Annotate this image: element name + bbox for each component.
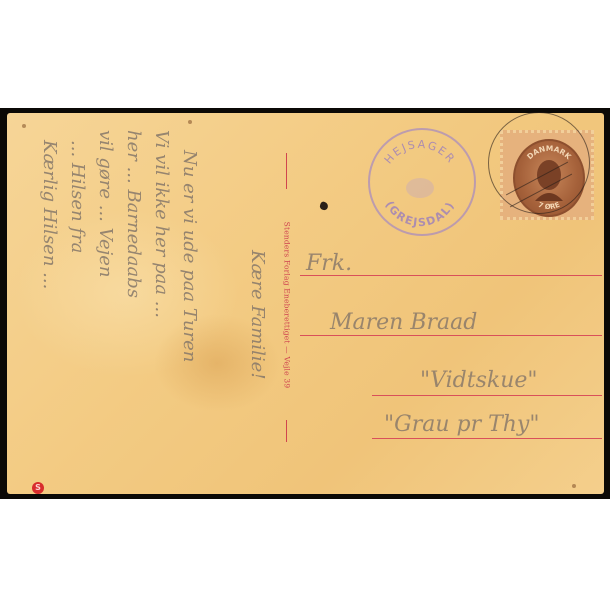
seller-logo-mark: S bbox=[32, 482, 44, 494]
address-line-3: "Vidtskue" bbox=[420, 368, 538, 393]
center-divider-bottom bbox=[286, 420, 287, 442]
message-line: Kærlig Hilsen ... bbox=[39, 140, 60, 289]
address-line-4: "Grau pr Thy" bbox=[384, 412, 539, 437]
receiving-postmark: HEJSAGER (GREJSDAL) bbox=[368, 128, 476, 236]
stamp-cancellation bbox=[488, 112, 590, 214]
message-line: her ... Barnedaabs bbox=[123, 130, 144, 298]
address-ruling bbox=[300, 335, 602, 336]
address-ruling bbox=[300, 275, 602, 276]
message-line: Nu er vi ude paa Turen bbox=[179, 150, 200, 362]
address-ruling bbox=[372, 395, 602, 396]
foxing-spot bbox=[572, 484, 576, 488]
center-divider-top bbox=[286, 153, 287, 189]
foxing-spot bbox=[22, 124, 26, 128]
postmark-bottom-text: (GREJSDAL) bbox=[383, 199, 458, 229]
foxing-spot bbox=[188, 120, 192, 124]
message-line: Vi vil ikke her paa ... bbox=[151, 130, 172, 318]
address-line-2: Maren Braad bbox=[330, 310, 477, 335]
postmark-top-text: HEJSAGER bbox=[382, 138, 459, 167]
postmark-ring-text: HEJSAGER (GREJSDAL) bbox=[368, 128, 472, 232]
message-line: ... Hilsen fra bbox=[67, 140, 88, 253]
message-line: vil gøre ... Vejen bbox=[95, 130, 116, 277]
address-line-1: Frk. bbox=[306, 251, 352, 276]
address-ruling bbox=[372, 438, 602, 439]
message-greeting: Kære Familie! bbox=[247, 250, 268, 380]
svg-text:(GREJSDAL): (GREJSDAL) bbox=[383, 199, 458, 229]
svg-text:HEJSAGER: HEJSAGER bbox=[382, 138, 459, 167]
publisher-imprint: Stenders Forlag Eneberettiget — Vejle 39 bbox=[283, 222, 292, 389]
